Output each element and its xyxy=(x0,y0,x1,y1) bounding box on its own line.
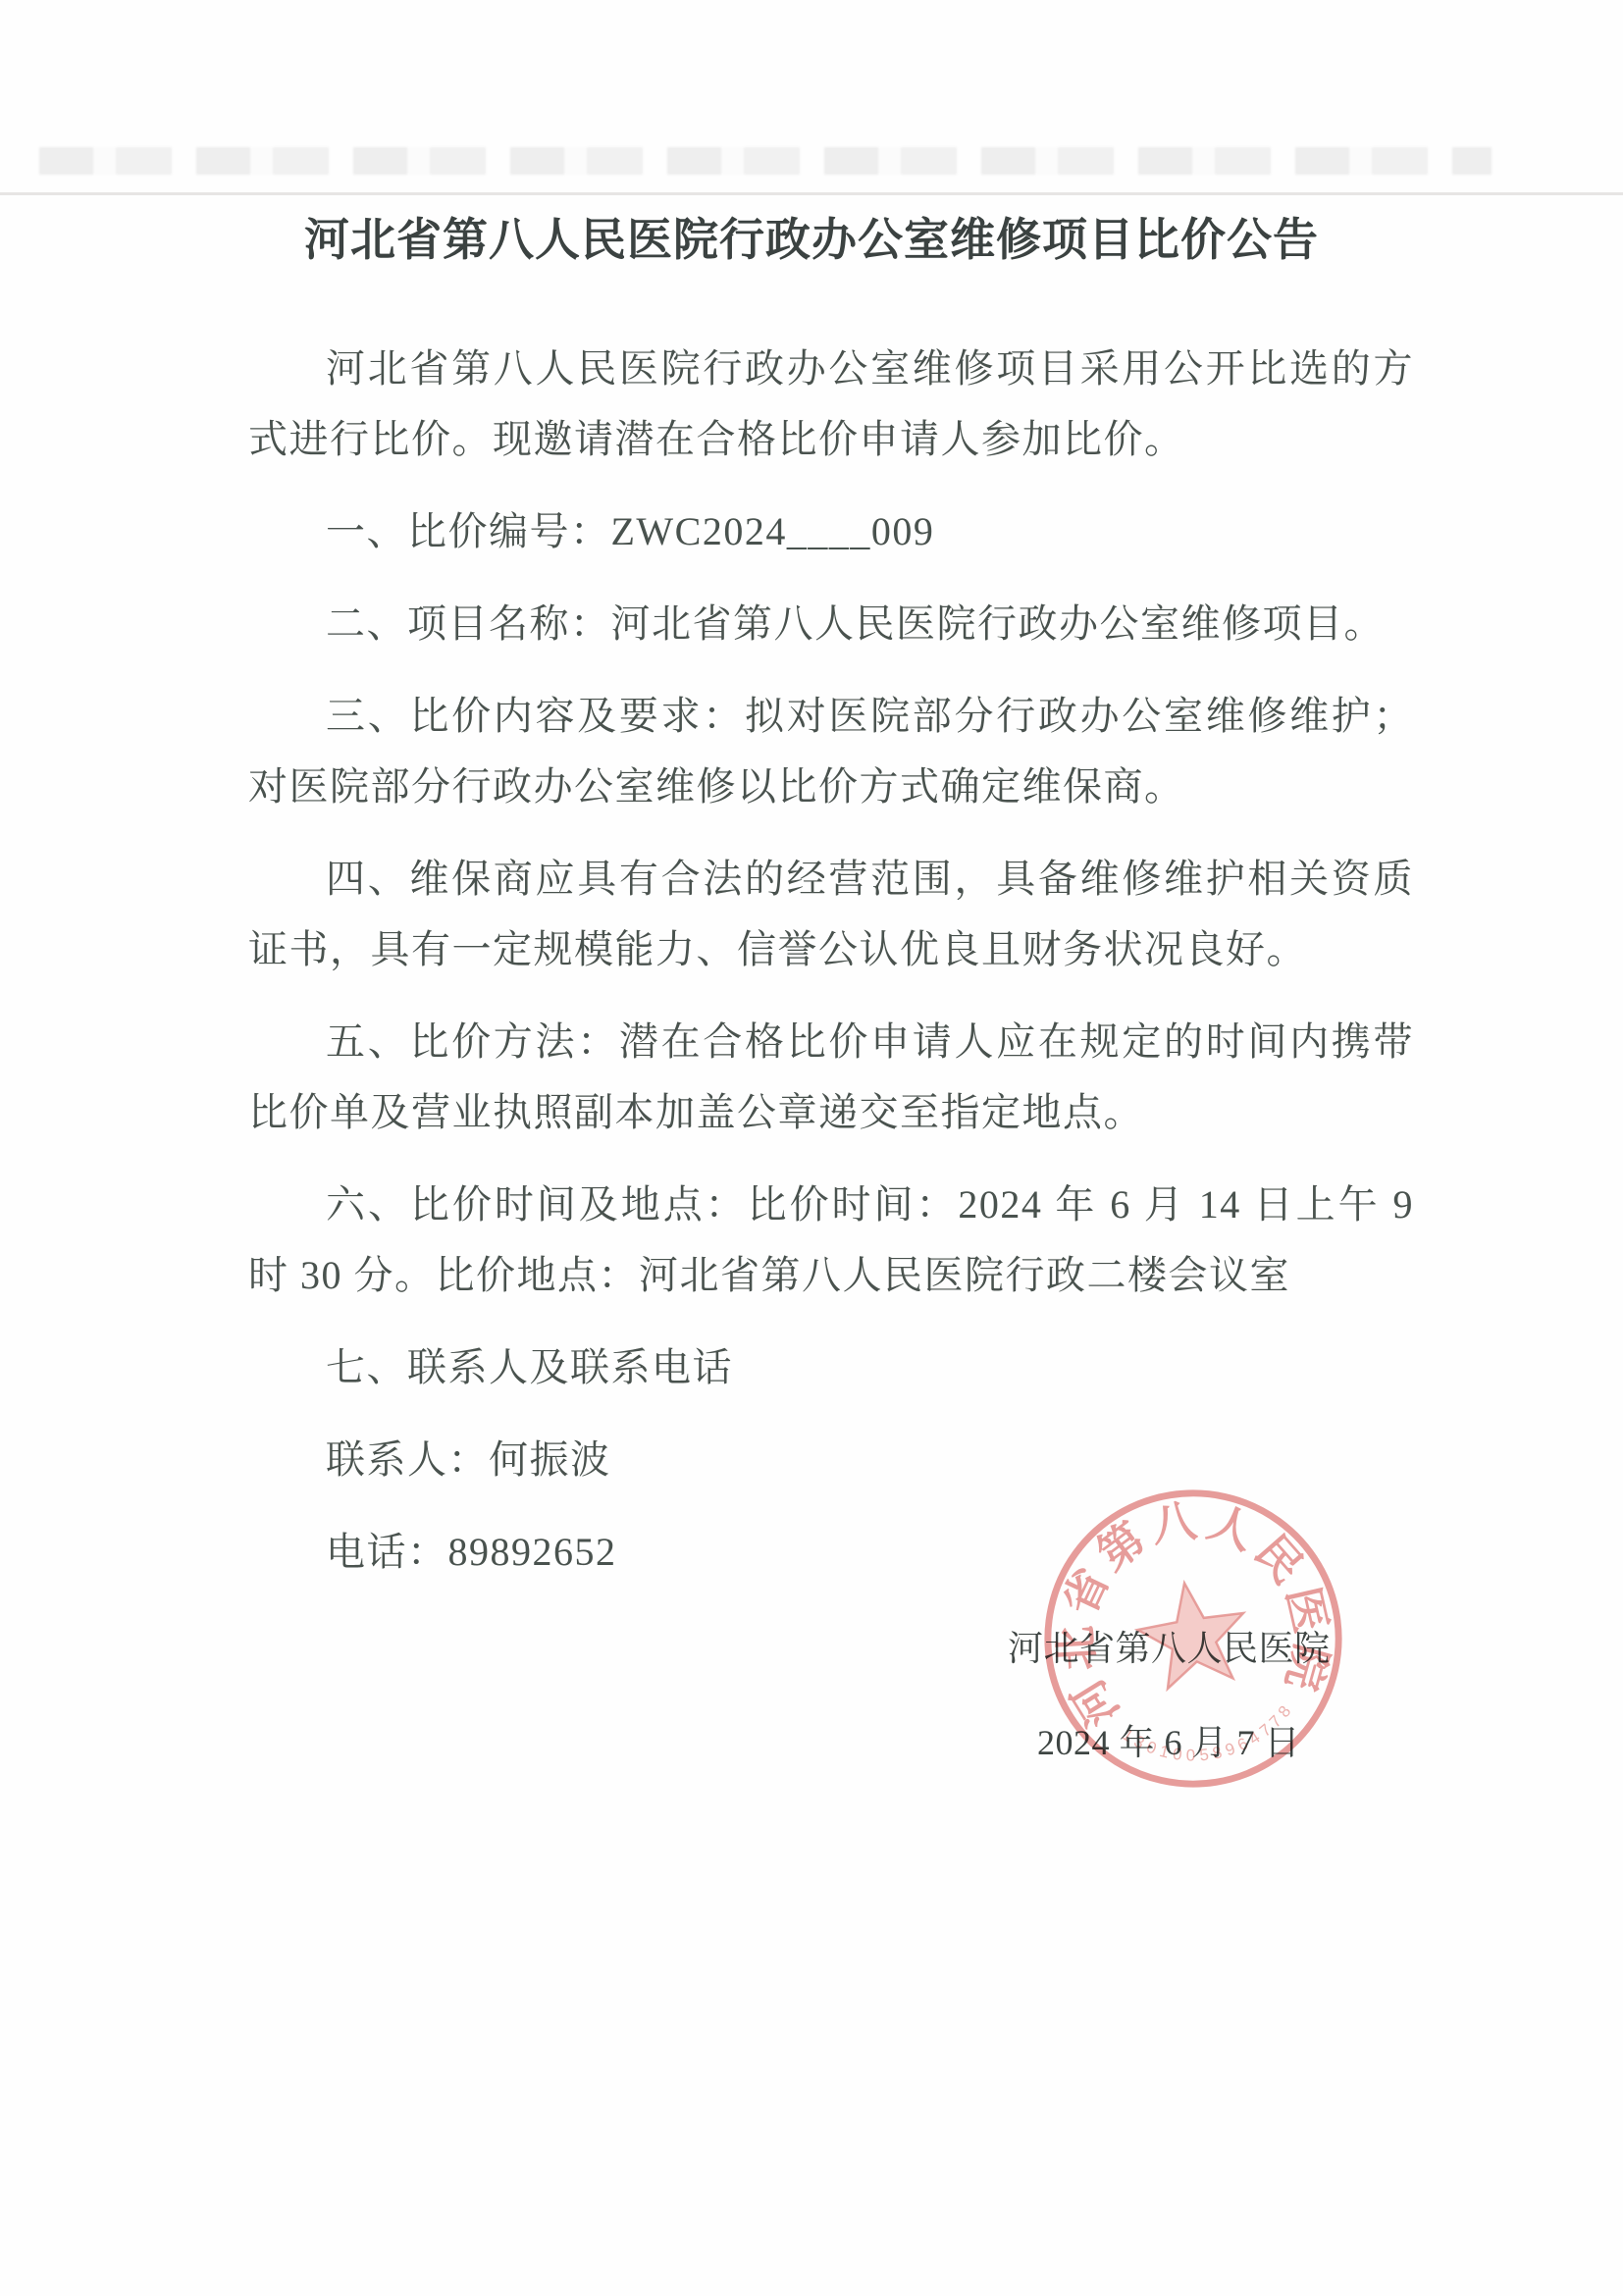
document-body: 河北省第八人民医院行政办公室维修项目采用公开比选的方式进行比价。现邀请潜在合格比… xyxy=(248,334,1414,1609)
item-3-content-requirements: 三、比价内容及要求：拟对医院部分行政办公室维修维护；对医院部分行政办公室维修以比… xyxy=(248,681,1414,822)
official-seal-stamp: 河北省第八人民医院 13010058964778 xyxy=(1016,1461,1371,1816)
item-2-project-name: 二、项目名称：河北省第八人民医院行政办公室维修项目。 xyxy=(248,589,1414,659)
scan-artifact-line xyxy=(0,192,1623,195)
item-5-price-method: 五、比价方法：潜在合格比价申请人应在规定的时间内携带比价单及营业执照副本加盖公章… xyxy=(248,1007,1414,1148)
scan-artifact-band xyxy=(39,147,1492,175)
paragraph-intro: 河北省第八人民医院行政办公室维修项目采用公开比选的方式进行比价。现邀请潜在合格比… xyxy=(248,334,1414,475)
stamp-serial-text: 13010058964778 xyxy=(1117,1696,1304,1777)
scanned-document-page: 河北省第八人民医院行政办公室维修项目比价公告 河北省第八人民医院行政办公室维修项… xyxy=(0,0,1623,2296)
item-1-price-code: 一、比价编号：ZWC2024____009 xyxy=(248,496,1414,567)
item-6-time-and-place: 六、比价时间及地点：比价时间：2024 年 6 月 14 日上午 9 时 30 … xyxy=(248,1170,1414,1311)
page-title: 河北省第八人民医院行政办公室维修项目比价公告 xyxy=(0,204,1623,269)
item-4-vendor-qualifications: 四、维保商应具有合法的经营范围，具备维修维护相关资质证书，具有一定规模能力、信誉… xyxy=(248,844,1414,985)
item-7-contact-heading: 七、联系人及联系电话 xyxy=(248,1332,1414,1403)
star-icon xyxy=(1131,1575,1253,1692)
svg-text:13010058964778: 13010058964778 xyxy=(1117,1696,1304,1777)
